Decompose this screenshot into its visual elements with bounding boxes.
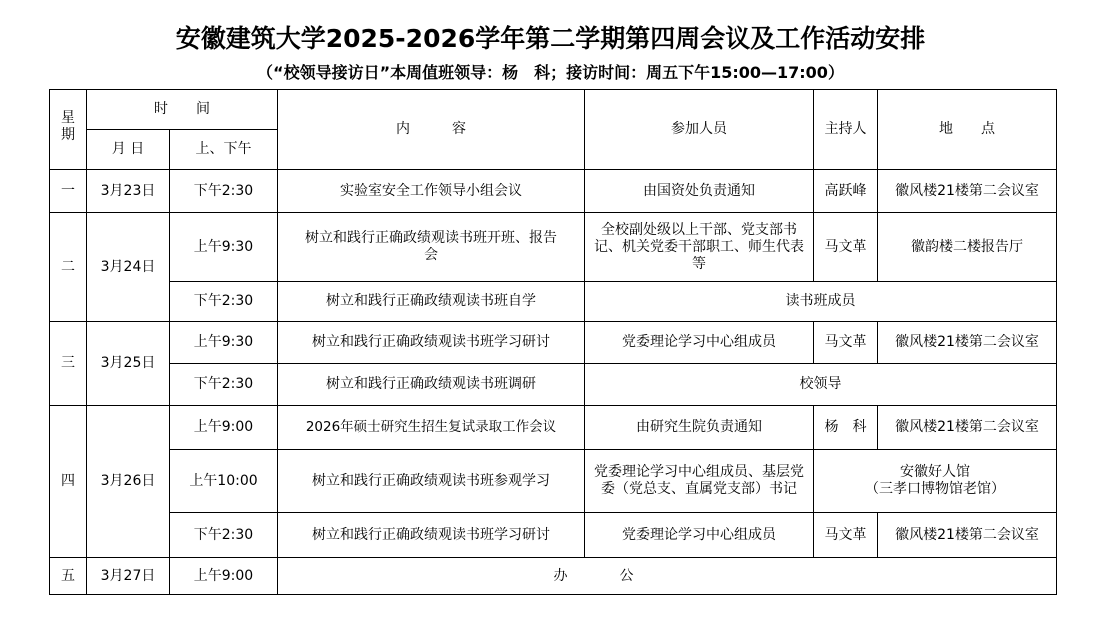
page-subtitle: （“校领导接访日”本周值班领导：杨 科；接访时间：周五下午15:00—17:00… [0, 62, 1101, 84]
table-row: 上午10:00 树立和践行正确政绩观读书班参观学习 党委理论学习中心组成员、基层… [50, 450, 1057, 513]
time-cell: 上午9:00 [170, 406, 278, 450]
host-cell: 杨 科 [814, 406, 878, 450]
time-cell: 下午2:30 [170, 170, 278, 213]
office-text-part1: 办 [554, 568, 568, 584]
attendees-cell: 由国资处负责通知 [585, 170, 814, 213]
host-cell: 马文革 [814, 213, 878, 282]
time-cell: 上午9:00 [170, 558, 278, 595]
attendees-merged-cell: 校领导 [585, 364, 1057, 406]
page-title: 安徽建筑大学2025-2026学年第二学期第四周会议及工作活动安排 [0, 22, 1101, 56]
content-cell: 树立和践行正确政绩观读书班参观学习 [278, 450, 585, 513]
attendees-cell: 党委理论学习中心组成员 [585, 322, 814, 364]
location-cell: 徽风楼21楼第二会议室 [878, 513, 1057, 558]
location-cell: 徽韵楼二楼报告厅 [878, 213, 1057, 282]
date-cell: 3月25日 [87, 322, 170, 406]
table-row: 下午2:30 树立和践行正确政绩观读书班学习研讨 党委理论学习中心组成员 马文革… [50, 513, 1057, 558]
header-row-1: 星期 时 间 内 容 参加人员 主持人 地 点 [50, 90, 1057, 130]
attendees-cell: 党委理论学习中心组成员 [585, 513, 814, 558]
weekday-cell: 五 [50, 558, 87, 595]
time-cell: 上午10:00 [170, 450, 278, 513]
location-cell: 徽风楼21楼第二会议室 [878, 170, 1057, 213]
host-cell: 马文革 [814, 322, 878, 364]
attendees-cell: 由研究生院负责通知 [585, 406, 814, 450]
location-merged-cell: 安徽好人馆 （三孝口博物馆老馆） [814, 450, 1057, 513]
weekday-cell: 三 [50, 322, 87, 406]
schedule-table: 星期 时 间 内 容 参加人员 主持人 地 点 月 日 上、下午 一 3月23日… [49, 89, 1057, 595]
location-line-1: 安徽好人馆 [817, 464, 1053, 481]
header-weekday-label: 星期 [60, 110, 76, 144]
date-cell: 3月23日 [87, 170, 170, 213]
table-row: 下午2:30 树立和践行正确政绩观读书班自学 读书班成员 [50, 282, 1057, 322]
attendees-cell: 党委理论学习中心组成员、基层党委（党总支、直属党支部）书记 [585, 450, 814, 513]
host-cell: 高跃峰 [814, 170, 878, 213]
header-attendees: 参加人员 [585, 90, 814, 170]
content-cell: 树立和践行正确政绩观读书班自学 [278, 282, 585, 322]
time-cell: 上午9:30 [170, 322, 278, 364]
weekday-cell: 一 [50, 170, 87, 213]
content-text: 树立和践行正确政绩观读书班开班、报告会 [300, 230, 562, 264]
location-line-2: （三孝口博物馆老馆） [817, 481, 1053, 498]
time-cell: 下午2:30 [170, 282, 278, 322]
time-cell: 上午9:30 [170, 213, 278, 282]
content-cell: 2026年硕士研究生招生复试录取工作会议 [278, 406, 585, 450]
host-cell: 马文革 [814, 513, 878, 558]
location-cell: 徽风楼21楼第二会议室 [878, 322, 1057, 364]
time-cell: 下午2:30 [170, 513, 278, 558]
content-merged-cell: 办公 [278, 558, 1057, 595]
header-content: 内 容 [278, 90, 585, 170]
table-row: 一 3月23日 下午2:30 实验室安全工作领导小组会议 由国资处负责通知 高跃… [50, 170, 1057, 213]
attendees-text: 党委理论学习中心组成员、基层党委（党总支、直属党支部）书记 [590, 464, 808, 498]
header-period: 上、下午 [170, 130, 278, 170]
header-time-group: 时 间 [87, 90, 278, 130]
header-date: 月 日 [87, 130, 170, 170]
table-row: 二 3月24日 上午9:30 树立和践行正确政绩观读书班开班、报告会 全校副处级… [50, 213, 1057, 282]
date-cell: 3月26日 [87, 406, 170, 558]
content-cell: 树立和践行正确政绩观读书班学习研讨 [278, 322, 585, 364]
date-cell: 3月27日 [87, 558, 170, 595]
weekday-cell: 四 [50, 406, 87, 558]
table-row: 四 3月26日 上午9:00 2026年硕士研究生招生复试录取工作会议 由研究生… [50, 406, 1057, 450]
content-cell: 实验室安全工作领导小组会议 [278, 170, 585, 213]
header-host: 主持人 [814, 90, 878, 170]
content-cell: 树立和践行正确政绩观读书班调研 [278, 364, 585, 406]
date-cell: 3月24日 [87, 213, 170, 322]
office-text-part2: 公 [620, 568, 634, 584]
table-row: 五 3月27日 上午9:00 办公 [50, 558, 1057, 595]
content-cell: 树立和践行正确政绩观读书班学习研讨 [278, 513, 585, 558]
table-row: 三 3月25日 上午9:30 树立和践行正确政绩观读书班学习研讨 党委理论学习中… [50, 322, 1057, 364]
attendees-text: 全校副处级以上干部、党支部书记、机关党委干部职工、师生代表等 [594, 222, 804, 273]
table-row: 下午2:30 树立和践行正确政绩观读书班调研 校领导 [50, 364, 1057, 406]
attendees-cell: 全校副处级以上干部、党支部书记、机关党委干部职工、师生代表等 [585, 213, 814, 282]
header-location: 地 点 [878, 90, 1057, 170]
attendees-merged-cell: 读书班成员 [585, 282, 1057, 322]
header-weekday: 星期 [50, 90, 87, 170]
content-cell: 树立和践行正确政绩观读书班开班、报告会 [278, 213, 585, 282]
time-cell: 下午2:30 [170, 364, 278, 406]
weekday-cell: 二 [50, 213, 87, 322]
location-cell: 徽风楼21楼第二会议室 [878, 406, 1057, 450]
